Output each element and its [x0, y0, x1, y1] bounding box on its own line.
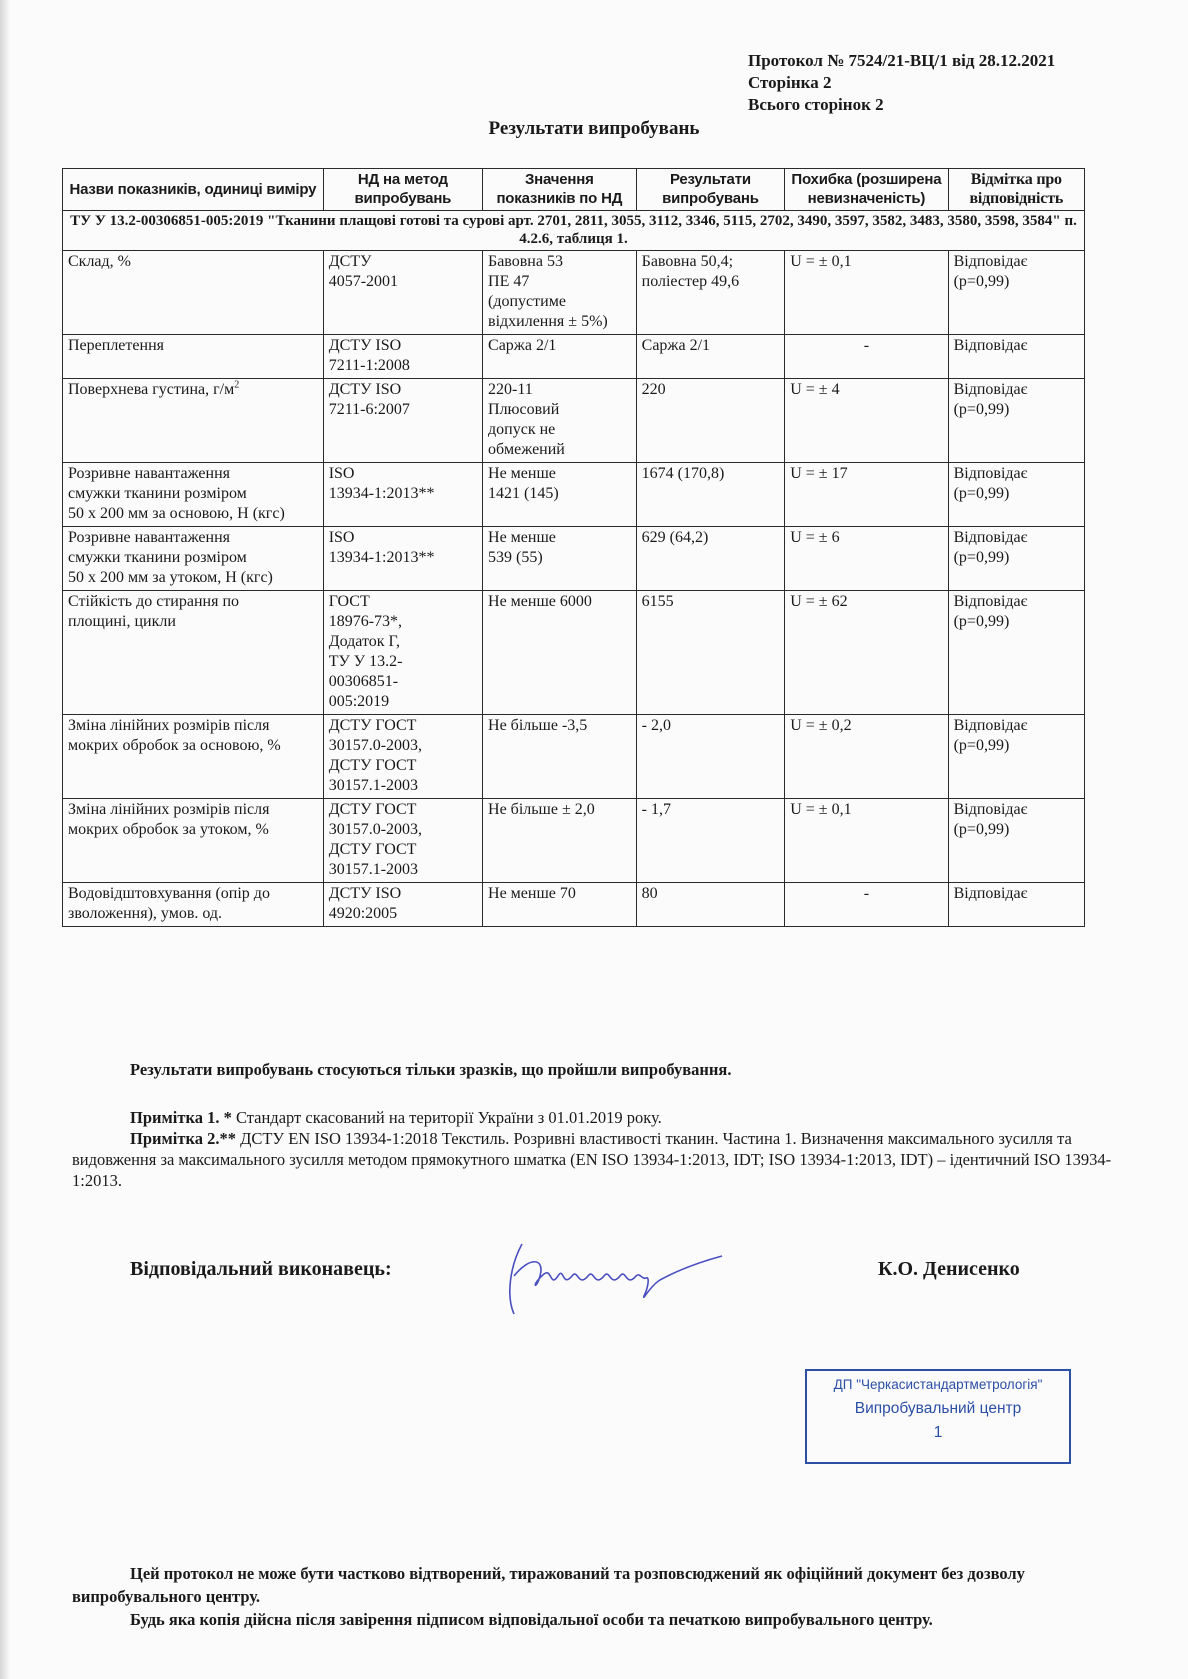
spec-reference: ТУ У 13.2-00306851-005:2019 "Тканини пла… — [63, 211, 1085, 251]
method-cell-line: ДСТУ — [329, 253, 372, 270]
method-cell: ISO13934-1:2013** — [323, 463, 482, 527]
organization-stamp: ДП "Черкасистандартметрологія" Випробува… — [805, 1369, 1071, 1464]
footer-line-1: Цей протокол не може бути частково відтв… — [72, 1562, 1122, 1608]
table-row: ПереплетенняДСТУ ISO7211-1:2008Саржа 2/1… — [63, 335, 1085, 379]
page-number: Сторінка 2 — [748, 72, 1055, 94]
table-header-row: Назви показників, одиниці виміру НД на м… — [63, 169, 1085, 211]
stamp-center: Випробувальний центр — [807, 1400, 1069, 1418]
table-row: Склад, %ДСТУ4057-2001Бавовна 53ПЕ 47(доп… — [63, 251, 1085, 335]
method-cell-line: ISO — [329, 465, 355, 482]
conformity-cell-line: (p=0,99) — [954, 737, 1010, 754]
result-cell: 629 (64,2) — [636, 527, 785, 591]
indicator-cell-line: Склад, % — [68, 253, 131, 270]
method-cell-line: ДСТУ ГОСТ — [329, 841, 417, 858]
uncertainty-cell-line: U = ± 0,1 — [790, 253, 851, 270]
method-cell-line: 13934-1:2013** — [329, 549, 435, 566]
requirement-cell-line: (допустиме — [488, 293, 566, 310]
page-title: Результати випробувань — [0, 118, 1188, 140]
method-cell-line: 4920:2005 — [329, 905, 397, 922]
uncertainty-cell: U = ± 0,1 — [785, 799, 948, 883]
result-cell: - 1,7 — [636, 799, 785, 883]
note-1-label: Примітка 1. * — [130, 1108, 232, 1127]
indicator-cell: Розривне навантаженнясмужки тканини розм… — [63, 527, 324, 591]
uncertainty-cell: U = ± 4 — [785, 379, 948, 463]
method-cell-line: 7211-6:2007 — [329, 401, 410, 418]
method-cell-line: 30157.1-2003 — [329, 777, 418, 794]
method-cell-line: 7211-1:2008 — [329, 357, 410, 374]
requirement-cell: Не більше -3,5 — [483, 715, 637, 799]
indicator-cell-line: 50 х 200 мм за утоком, Н (кгс) — [68, 569, 273, 586]
indicator-cell: Розривне навантаженнясмужки тканини розм… — [63, 463, 324, 527]
indicator-cell-line: Водовідштовхування (опір до — [68, 885, 270, 902]
table-row: Розривне навантаженнясмужки тканини розм… — [63, 527, 1085, 591]
conformity-cell-line: (p=0,99) — [954, 273, 1010, 290]
method-cell-line: 30157.1-2003 — [329, 861, 418, 878]
uncertainty-cell: - — [785, 335, 948, 379]
result-cell-line: поліестер 49,6 — [642, 273, 739, 290]
result-cell-line: - 2,0 — [642, 717, 671, 734]
method-cell-line: ТУ У 13.2- — [329, 653, 403, 670]
result-cell-line: 6155 — [642, 593, 674, 610]
indicator-cell-line: смужки тканини розміром — [68, 485, 247, 502]
result-cell: Бавовна 50,4;поліестер 49,6 — [636, 251, 785, 335]
requirement-cell-line: 1421 (145) — [488, 485, 559, 502]
method-cell-line: 00306851- — [329, 673, 398, 690]
conformity-cell: Відповідає(p=0,99) — [948, 251, 1084, 335]
uncertainty-cell: U = ± 6 — [785, 527, 948, 591]
requirement-cell: Бавовна 53ПЕ 47(допустимевідхилення ± 5%… — [483, 251, 637, 335]
result-cell: 6155 — [636, 591, 785, 715]
method-cell-line: 18976-73*, — [329, 613, 402, 630]
method-cell: ДСТУ ISO7211-1:2008 — [323, 335, 482, 379]
indicator-cell-line: Переплетення — [68, 337, 164, 354]
requirement-cell-line: Бавовна 53 — [488, 253, 563, 270]
table-row: Стійкість до стирання поплощині, циклиГО… — [63, 591, 1085, 715]
indicator-cell-line: смужки тканини розміром — [68, 549, 247, 566]
total-pages: Всього сторінок 2 — [748, 94, 1055, 116]
result-cell: Саржа 2/1 — [636, 335, 785, 379]
conformity-cell-line: Відповідає — [954, 801, 1028, 818]
note-2: Примітка 2.** ДСТУ EN ISO 13934-1:2018 Т… — [72, 1128, 1112, 1191]
signature-row: Відповідальний виконавець: К.О. Денисенк… — [0, 1250, 1188, 1320]
uncertainty-cell-line: - — [864, 885, 869, 902]
table-row: Зміна лінійних розмірів післямокрих обро… — [63, 715, 1085, 799]
indicator-cell: Водовідштовхування (опір дозволоження), … — [63, 883, 324, 927]
conformity-cell: Відповідає(p=0,99) — [948, 715, 1084, 799]
result-cell-line: 1674 (170,8) — [642, 465, 725, 482]
uncertainty-cell: U = ± 17 — [785, 463, 948, 527]
results-scope-note: Результати випробувань стосуються тільки… — [130, 1060, 731, 1080]
conformity-cell: Відповідає(p=0,99) — [948, 799, 1084, 883]
method-cell-line: 13934-1:2013** — [329, 485, 435, 502]
uncertainty-cell-line: U = ± 62 — [790, 593, 847, 610]
conformity-cell-line: Відповідає — [954, 593, 1028, 610]
indicator-cell-line: площині, цикли — [68, 613, 176, 630]
indicator-cell: Поверхнева густина, г/м2 — [63, 379, 324, 463]
requirement-cell-line: обмежений — [488, 441, 565, 458]
requirement-cell-line: допуск не — [488, 421, 555, 438]
method-cell-line: ДСТУ ISO — [329, 885, 401, 902]
conformity-cell-line: Відповідає — [954, 465, 1028, 482]
requirement-cell: Не менше539 (55) — [483, 527, 637, 591]
conformity-cell-line: (p=0,99) — [954, 401, 1010, 418]
column-header-requirement: Значення показників по НД — [483, 169, 637, 211]
requirement-cell: Не менше 70 — [483, 883, 637, 927]
uncertainty-cell: U = ± 0,2 — [785, 715, 948, 799]
requirement-cell-line: відхилення ± 5%) — [488, 313, 608, 330]
method-cell-line: ДСТУ ГОСТ — [329, 717, 417, 734]
result-cell-line: Бавовна 50,4; — [642, 253, 733, 270]
note-1-text: Стандарт скасований на території України… — [232, 1108, 662, 1127]
requirement-cell: Не менше1421 (145) — [483, 463, 637, 527]
indicator-cell: Переплетення — [63, 335, 324, 379]
uncertainty-cell: - — [785, 883, 948, 927]
conformity-cell-line: Відповідає — [954, 253, 1028, 270]
result-cell: 80 — [636, 883, 785, 927]
result-cell: 1674 (170,8) — [636, 463, 785, 527]
method-cell: ДСТУ ISO4920:2005 — [323, 883, 482, 927]
conformity-cell: Відповідає — [948, 883, 1084, 927]
signatory-name: К.О. Денисенко — [878, 1258, 1020, 1281]
indicator-cell-line: 50 х 200 мм за основою, Н (кгс) — [68, 505, 285, 522]
result-cell: 220 — [636, 379, 785, 463]
conformity-cell-line: Відповідає — [954, 381, 1028, 398]
conformity-cell: Відповідає(p=0,99) — [948, 463, 1084, 527]
indicator-cell: Склад, % — [63, 251, 324, 335]
result-cell: - 2,0 — [636, 715, 785, 799]
table-row: Розривне навантаженнясмужки тканини розм… — [63, 463, 1085, 527]
method-cell: ДСТУ ISO7211-6:2007 — [323, 379, 482, 463]
requirement-cell: Не менше 6000 — [483, 591, 637, 715]
method-cell-line: 005:2019 — [329, 693, 389, 710]
column-header-conformity: Відмітка про відповідність — [948, 169, 1084, 211]
indicator-cell: Зміна лінійних розмірів післямокрих обро… — [63, 799, 324, 883]
method-cell-line: ДСТУ ISO — [329, 337, 401, 354]
column-header-method: НД на метод випробувань — [323, 169, 482, 211]
method-cell-line: ДСТУ ISO — [329, 381, 401, 398]
indicator-cell-line: Поверхнева густина, г/м — [68, 381, 234, 398]
conformity-cell-line: Відповідає — [954, 885, 1028, 902]
result-cell-line: 80 — [642, 885, 658, 902]
uncertainty-cell-line: - — [864, 337, 869, 354]
conformity-cell-line: Відповідає — [954, 529, 1028, 546]
column-header-uncertainty: Похибка (розширена невизначеність) — [785, 169, 948, 211]
method-cell-line: 30157.0-2003, — [329, 737, 422, 754]
column-header-indicator: Назви показників, одиниці виміру — [63, 169, 324, 211]
notes-block: Примітка 1. * Стандарт скасований на тер… — [72, 1107, 1112, 1191]
table-row: Поверхнева густина, г/м2ДСТУ ISO7211-6:2… — [63, 379, 1085, 463]
method-cell: ДСТУ ГОСТ30157.0-2003,ДСТУ ГОСТ30157.1-2… — [323, 715, 482, 799]
scan-edge-shadow — [0, 0, 10, 1679]
indicator-cell: Стійкість до стирання поплощині, цикли — [63, 591, 324, 715]
indicator-cell-line: Розривне навантаження — [68, 465, 230, 482]
method-cell-line: ДСТУ ГОСТ — [329, 801, 417, 818]
method-cell-line: ДСТУ ГОСТ — [329, 757, 417, 774]
uncertainty-cell-line: U = ± 0,2 — [790, 717, 851, 734]
signature-label: Відповідальний виконавець: — [130, 1258, 392, 1281]
requirement-cell-line: Не менше — [488, 529, 556, 546]
protocol-header: Протокол № 7524/21-ВЦ/1 від 28.12.2021 С… — [748, 50, 1055, 116]
requirement-cell-line: Не менше 6000 — [488, 593, 592, 610]
result-cell-line: - 1,7 — [642, 801, 671, 818]
conformity-cell-line: (p=0,99) — [954, 613, 1010, 630]
requirement-cell: 220-11Плюсовийдопуск необмежений — [483, 379, 637, 463]
indicator-cell-line: Зміна лінійних розмірів після — [68, 717, 270, 734]
conformity-cell-line: Відповідає — [954, 337, 1028, 354]
requirement-cell-line: 539 (55) — [488, 549, 543, 566]
conformity-cell-line: (p=0,99) — [954, 549, 1010, 566]
method-cell: ДСТУ ГОСТ30157.0-2003,ДСТУ ГОСТ30157.1-2… — [323, 799, 482, 883]
indicator-cell: Зміна лінійних розмірів післямокрих обро… — [63, 715, 324, 799]
uncertainty-cell-line: U = ± 0,1 — [790, 801, 851, 818]
requirement-cell-line: 220-11 — [488, 381, 533, 398]
conformity-cell: Відповідає(p=0,99) — [948, 379, 1084, 463]
method-cell: ГОСТ18976-73*,Додаток Г,ТУ У 13.2-003068… — [323, 591, 482, 715]
column-header-result: Результати випробувань — [636, 169, 785, 211]
unit-superscript: 2 — [234, 380, 239, 391]
conformity-cell: Відповідає — [948, 335, 1084, 379]
indicator-cell-line: Стійкість до стирання по — [68, 593, 239, 610]
requirement-cell-line: Саржа 2/1 — [488, 337, 556, 354]
result-cell-line: Саржа 2/1 — [642, 337, 710, 354]
conformity-cell-line: (p=0,99) — [954, 821, 1010, 838]
result-cell-line: 220 — [642, 381, 666, 398]
note-2-label: Примітка 2.** — [130, 1129, 236, 1148]
protocol-number: Протокол № 7524/21-ВЦ/1 від 28.12.2021 — [748, 50, 1055, 72]
indicator-cell-line: зволоження), умов. од. — [68, 905, 222, 922]
uncertainty-cell-line: U = ± 17 — [790, 465, 847, 482]
signature-scribble-icon — [500, 1236, 730, 1326]
note-1: Примітка 1. * Стандарт скасований на тер… — [72, 1107, 1112, 1128]
indicator-cell-line: мокрих обробок за утоком, % — [68, 821, 269, 838]
uncertainty-cell-line: U = ± 6 — [790, 529, 839, 546]
table-row: Водовідштовхування (опір дозволоження), … — [63, 883, 1085, 927]
method-cell-line: ISO — [329, 529, 355, 546]
requirement-cell-line: ПЕ 47 — [488, 273, 529, 290]
requirement-cell: Не більше ± 2,0 — [483, 799, 637, 883]
footer-disclaimer: Цей протокол не може бути частково відтв… — [72, 1562, 1122, 1631]
indicator-cell-line: мокрих обробок за основою, % — [68, 737, 281, 754]
conformity-cell-line: (p=0,99) — [954, 485, 1010, 502]
stamp-organization: ДП "Черкасистандартметрологія" — [807, 1377, 1069, 1392]
requirement-cell-line: Плюсовий — [488, 401, 559, 418]
footer-line-2: Будь яка копія дійсна після завірення пі… — [72, 1608, 1122, 1631]
conformity-cell: Відповідає(p=0,99) — [948, 527, 1084, 591]
result-cell-line: 629 (64,2) — [642, 529, 709, 546]
uncertainty-cell: U = ± 62 — [785, 591, 948, 715]
method-cell-line: Додаток Г, — [329, 633, 400, 650]
method-cell: ISO13934-1:2013** — [323, 527, 482, 591]
method-cell: ДСТУ4057-2001 — [323, 251, 482, 335]
method-cell-line: ГОСТ — [329, 593, 370, 610]
conformity-cell: Відповідає(p=0,99) — [948, 591, 1084, 715]
stamp-number: 1 — [807, 1424, 1069, 1442]
requirement-cell-line: Не більше ± 2,0 — [488, 801, 595, 818]
requirement-cell-line: Не менше 70 — [488, 885, 576, 902]
method-cell-line: 4057-2001 — [329, 273, 398, 290]
uncertainty-cell: U = ± 0,1 — [785, 251, 948, 335]
spec-row: ТУ У 13.2-00306851-005:2019 "Тканини пла… — [63, 211, 1085, 251]
indicator-cell-line: Розривне навантаження — [68, 529, 230, 546]
results-table: Назви показників, одиниці виміру НД на м… — [62, 168, 1085, 927]
method-cell-line: 30157.0-2003, — [329, 821, 422, 838]
requirement-cell-line: Не менше — [488, 465, 556, 482]
table-row: Зміна лінійних розмірів післямокрих обро… — [63, 799, 1085, 883]
indicator-cell-line: Зміна лінійних розмірів після — [68, 801, 270, 818]
uncertainty-cell-line: U = ± 4 — [790, 381, 839, 398]
requirement-cell: Саржа 2/1 — [483, 335, 637, 379]
conformity-cell-line: Відповідає — [954, 717, 1028, 734]
requirement-cell-line: Не більше -3,5 — [488, 717, 587, 734]
